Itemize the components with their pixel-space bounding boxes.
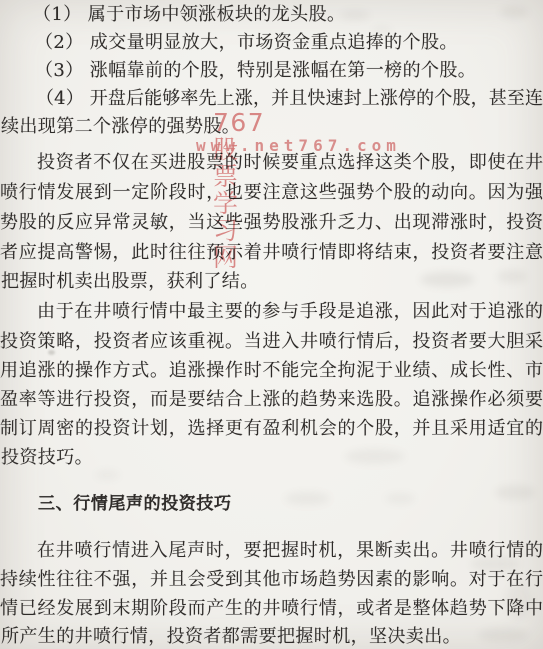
- text-line: 在井喷行情进入尾声时，要把握时机，果断卖出。井喷行情的: [37, 538, 543, 564]
- text-line: 盈率等进行投资，而是要结合上涨的趋势来选股。追涨操作必须要: [0, 387, 543, 413]
- text-line: 喷行情发展到一定阶段时，也要注意这些强势个股的动向。因为强: [0, 180, 543, 206]
- text-line: 投资技巧。: [1, 445, 543, 471]
- section-heading: 三、行情尾声的投资技巧: [38, 491, 543, 517]
- text-line: 所产生的井喷行情，投资者都需要把握时机，坚决卖出。: [1, 624, 543, 649]
- text-line: 者应提高警惕，此时往往预示着井喷行情即将结束，投资者要注意: [0, 240, 543, 266]
- text-line: 续出现第二个涨停的强势股。: [1, 114, 543, 140]
- text-line: 用追涨的操作方式。追涨操作时不能完全拘泥于业绩、成长性、市: [0, 358, 543, 384]
- text-line: 投资策略，投资者应该重视。当进入井喷行情后，投资者要大胆采: [0, 329, 543, 355]
- text-line: （2） 成交量明显放大，市场资金重点追捧的个股。: [35, 30, 543, 56]
- text-line: （1） 属于市场中领涨板块的龙头股。: [33, 2, 543, 28]
- text-line: 由于在井喷行情中最主要的参与手段是追涨，因此对于追涨的: [37, 299, 543, 325]
- text-line: （3） 涨幅靠前的个股，特别是涨幅在第一榜的个股。: [35, 58, 543, 84]
- text-line: 持续性往往不强，并且会受到其他市场趋势因素的影响。对于在行: [0, 567, 543, 593]
- text-line: 情已经发展到末期阶段而产生的井喷行情，或者是整体趋势下降中: [0, 596, 543, 622]
- text-line: 把握时机卖出股票，获利了结。: [1, 269, 543, 295]
- scanned-book-page: （1） 属于市场中领涨板块的龙头股。（2） 成交量明显放大，市场资金重点追捧的个…: [0, 0, 543, 649]
- text-line: 制订周密的投资计划，选择更有盈利机会的个股，并且采用适宜的: [0, 416, 543, 442]
- text-line: 势股的反应异常灵敏，当这些强势股涨升乏力、出现滞涨时，投资: [0, 210, 543, 236]
- scan-smudge: [95, 470, 120, 480]
- text-line: （4） 开盘后能够率先上涨，并且快速封上涨停的个股，甚至连: [36, 86, 543, 112]
- text-line: 投资者不仅在买进股票的时候要重点选择这类个股，即使在井: [37, 150, 543, 176]
